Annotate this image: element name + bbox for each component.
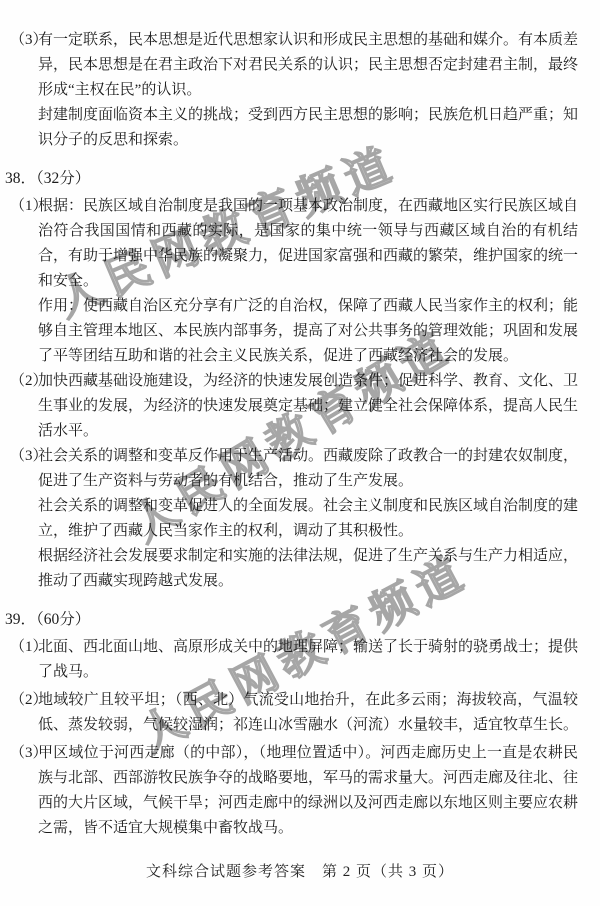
answer-paragraph: 甲区域位于河西走廊（的中部），（地理位置适中）。河西走廊历史上一直是农耕民族与北… <box>38 741 578 841</box>
answer-paragraph: 根据经济社会发展要求制定和实施的法律法规，促进了生产关系与生产力相适应，推动了西… <box>38 544 578 594</box>
answer-paragraph: 北面、西北面山地、高原形成关中的地理屏障；输送了长于骑射的骁勇战士；提供了战马。 <box>38 635 578 685</box>
answer-paragraph: 封建制度面临资本主义的挑战；受到西方民主思想的影响；民族危机日趋严重；知识分子的… <box>38 103 578 153</box>
answer-38-1: （1） 根据：民族区域自治制度是我国的一项基本政治制度，在西藏地区实行民族区域自… <box>10 194 578 369</box>
answer-39-1: （1） 北面、西北面山地、高原形成关中的地理屏障；输送了长于骑射的骁勇战士；提供… <box>10 635 578 685</box>
answer-item-label: （3） <box>10 741 48 766</box>
page-footer: 文科综合试题参考答案 第 2 页（共 3 页） <box>0 860 600 881</box>
answer-item-label: （2） <box>10 688 48 713</box>
answer-item-label: （3） <box>10 28 48 53</box>
answer-38-2: （2） 加快西藏基础设施建设，为经济的快速发展创造条件；促进科学、教育、文化、卫… <box>10 369 578 444</box>
answer-item-label: （1） <box>10 194 48 219</box>
question-39-heading: 39．（60分） <box>5 607 578 632</box>
answer-paragraph: 作用：使西藏自治区充分享有广泛的自治权，保障了西藏人民当家作主的权利；能够自主管… <box>38 294 578 369</box>
answer-37-3: （3） 有一定联系，民本思想是近代思想家认识和形成民主思想的基础和媒介。有本质差… <box>10 28 578 153</box>
document-body: （3） 有一定联系，民本思想是近代思想家认识和形成民主思想的基础和媒介。有本质差… <box>10 28 578 841</box>
answer-38-3: （3） 社会关系的调整和变革反作用于生产活动。西藏废除了政教合一的封建农奴制度，… <box>10 444 578 594</box>
scanned-answer-page: 人民网教育频道 人民网教育频道 人民网教育频道 （3） 有一定联系，民本思想是近… <box>0 0 600 906</box>
question-38-heading: 38．（32分） <box>5 166 578 191</box>
answer-paragraph: 加快西藏基础设施建设，为经济的快速发展创造条件；促进科学、教育、文化、卫生事业的… <box>38 369 578 444</box>
answer-39-3: （3） 甲区域位于河西走廊（的中部），（地理位置适中）。河西走廊历史上一直是农耕… <box>10 741 578 841</box>
answer-paragraph: 根据：民族区域自治制度是我国的一项基本政治制度，在西藏地区实行民族区域自治符合我… <box>38 194 578 294</box>
answer-paragraph: 有一定联系，民本思想是近代思想家认识和形成民主思想的基础和媒介。有本质差异，民本… <box>38 28 578 103</box>
answer-item-label: （3） <box>10 444 48 469</box>
answer-paragraph: 社会关系的调整和变革反作用于生产活动。西藏废除了政教合一的封建农奴制度，促进了生… <box>38 444 578 494</box>
answer-item-label: （2） <box>10 369 48 394</box>
answer-paragraph: 地域较广且较平坦；（西、北）气流受山地抬升，在此多云雨；海拔较高，气温较低、蒸发… <box>38 688 578 738</box>
answer-paragraph: 社会关系的调整和变革促进人的全面发展。社会主义制度和民族区域自治制度的建立，维护… <box>38 494 578 544</box>
answer-item-label: （1） <box>10 635 48 660</box>
section-39: 39．（60分） （1） 北面、西北面山地、高原形成关中的地理屏障；输送了长于骑… <box>10 607 578 841</box>
answer-39-2: （2） 地域较广且较平坦；（西、北）气流受山地抬升，在此多云雨；海拔较高，气温较… <box>10 688 578 738</box>
